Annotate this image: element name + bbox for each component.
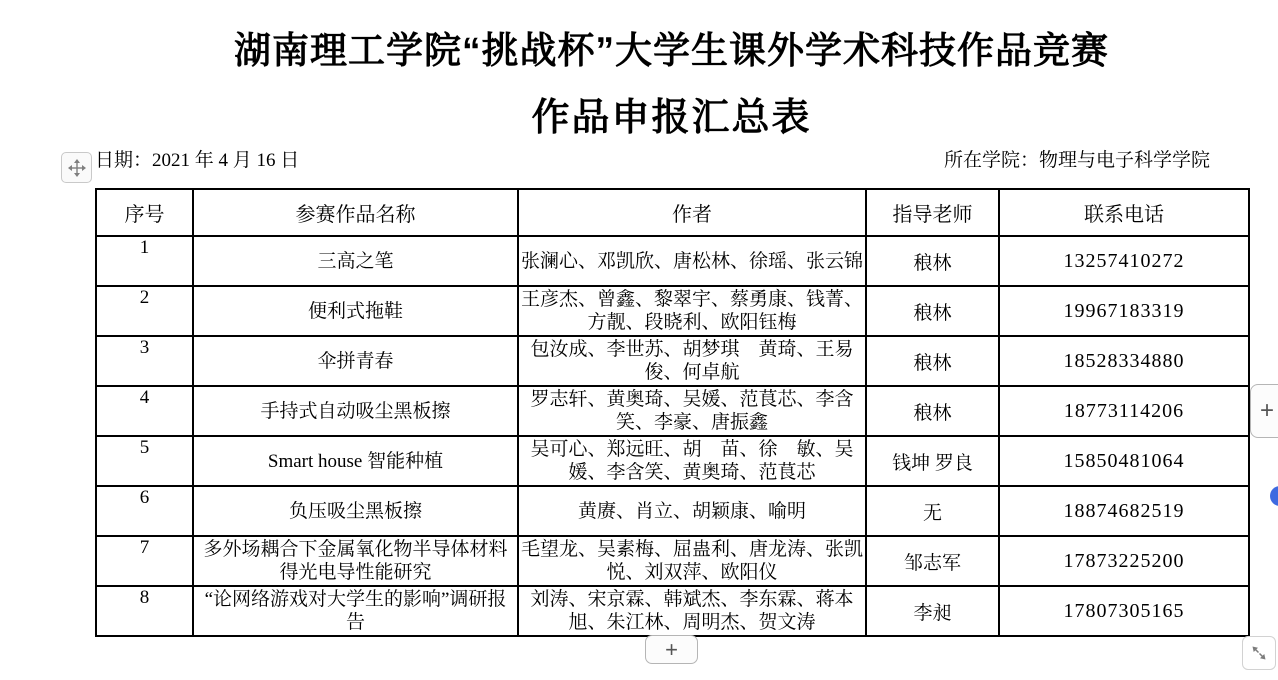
cell-work[interactable]: “论网络游戏对大学生的影响”调研报告 — [193, 586, 518, 636]
cell-work[interactable]: 便利式拖鞋 — [193, 286, 518, 336]
table-row: 4 手持式自动吸尘黑板擦 罗志轩、黄奥琦、吴媛、范茛芯、李含笑、李豪、唐振鑫 稂… — [96, 386, 1249, 436]
add-column-button[interactable]: + — [1250, 384, 1278, 438]
cell-advisor[interactable]: 稂林 — [866, 386, 999, 436]
table-header-row: 序号 参赛作品名称 作者 指导老师 联系电话 — [96, 189, 1249, 236]
document-page: 湖南理工学院“挑战杯”大学生课外学术科技作品竞赛 作品申报汇总表 日期：2021… — [0, 0, 1278, 680]
col-header-authors[interactable]: 作者 — [518, 189, 866, 236]
plus-icon: + — [665, 639, 678, 661]
cell-advisor[interactable]: 稂林 — [866, 286, 999, 336]
table-row: 6 负压吸尘黑板擦 黄赓、肖立、胡颖康、喻明 无 18874682519 — [96, 486, 1249, 536]
doc-title-line2: 作品申报汇总表 — [95, 86, 1248, 141]
cell-authors[interactable]: 黄赓、肖立、胡颖康、喻明 — [518, 486, 866, 536]
cell-authors[interactable]: 刘涛、宋京霖、韩斌杰、李东霖、蒋本旭、朱江林、周明杰、贺文涛 — [518, 586, 866, 636]
table-move-handle[interactable] — [61, 152, 92, 183]
cell-phone[interactable]: 17807305165 — [999, 586, 1249, 636]
cell-work[interactable]: 负压吸尘黑板擦 — [193, 486, 518, 536]
cell-phone[interactable]: 18528334880 — [999, 336, 1249, 386]
plus-icon: + — [1260, 399, 1274, 423]
col-header-no[interactable]: 序号 — [96, 189, 193, 236]
resize-icon — [1250, 644, 1268, 662]
table-resize-handle[interactable] — [1242, 636, 1276, 670]
add-row-button[interactable]: + — [645, 635, 698, 664]
cell-phone[interactable]: 19967183319 — [999, 286, 1249, 336]
cell-no[interactable]: 2 — [96, 286, 193, 336]
cell-advisor[interactable]: 稂林 — [866, 336, 999, 386]
cell-work[interactable]: 伞拼青春 — [193, 336, 518, 386]
college-label: 所在学院：物理与电子科学学院 — [944, 145, 1210, 172]
cell-no[interactable]: 6 — [96, 486, 193, 536]
cell-no[interactable]: 3 — [96, 336, 193, 386]
col-header-phone[interactable]: 联系电话 — [999, 189, 1249, 236]
cell-advisor[interactable]: 钱坤 罗良 — [866, 436, 999, 486]
cell-authors[interactable]: 毛望龙、吴素梅、屈蛊利、唐龙涛、张凯悦、刘双萍、欧阳仪 — [518, 536, 866, 586]
cell-authors[interactable]: 王彦杰、曾鑫、黎翠宇、蔡勇康、钱菁、方靓、段晓利、欧阳钰梅 — [518, 286, 866, 336]
cell-phone[interactable]: 18874682519 — [999, 486, 1249, 536]
doc-title-line1: 湖南理工学院“挑战杯”大学生课外学术科技作品竞赛 — [95, 20, 1248, 74]
cell-no[interactable]: 7 — [96, 536, 193, 586]
move-icon — [67, 158, 87, 178]
meta-row: 日期：2021 年 4 月 16 日 所在学院：物理与电子科学学院 — [95, 145, 1210, 172]
cell-phone[interactable]: 15850481064 — [999, 436, 1249, 486]
cell-phone[interactable]: 17873225200 — [999, 536, 1249, 586]
table-row: 2 便利式拖鞋 王彦杰、曾鑫、黎翠宇、蔡勇康、钱菁、方靓、段晓利、欧阳钰梅 稂林… — [96, 286, 1249, 336]
cell-work[interactable]: 手持式自动吸尘黑板擦 — [193, 386, 518, 436]
cell-advisor[interactable]: 无 — [866, 486, 999, 536]
scroll-indicator-dot — [1270, 486, 1278, 506]
cell-no[interactable]: 1 — [96, 236, 193, 286]
date-label: 日期：2021 年 4 月 16 日 — [95, 145, 299, 172]
cell-work[interactable]: 三高之笔 — [193, 236, 518, 286]
cell-work[interactable]: Smart house 智能种植 — [193, 436, 518, 486]
cell-no[interactable]: 4 — [96, 386, 193, 436]
table-row: 3 伞拼青春 包汝成、李世苏、胡梦琪 黄琦、王易俊、何卓航 稂林 1852833… — [96, 336, 1249, 386]
cell-authors[interactable]: 罗志轩、黄奥琦、吴媛、范茛芯、李含笑、李豪、唐振鑫 — [518, 386, 866, 436]
summary-table: 序号 参赛作品名称 作者 指导老师 联系电话 1 三高之笔 张澜心、邓凯欣、唐松… — [95, 188, 1250, 637]
table-row: 1 三高之笔 张澜心、邓凯欣、唐松林、徐瑶、张云锦 稂林 13257410272 — [96, 236, 1249, 286]
cell-phone[interactable]: 18773114206 — [999, 386, 1249, 436]
table-row: 8 “论网络游戏对大学生的影响”调研报告 刘涛、宋京霖、韩斌杰、李东霖、蒋本旭、… — [96, 586, 1249, 636]
cell-no[interactable]: 5 — [96, 436, 193, 486]
cell-authors[interactable]: 吴可心、郑远旺、胡 苗、徐 敏、吴 媛、李含笑、黄奥琦、范茛芯 — [518, 436, 866, 486]
cell-advisor[interactable]: 李昶 — [866, 586, 999, 636]
cell-no[interactable]: 8 — [96, 586, 193, 636]
cell-phone[interactable]: 13257410272 — [999, 236, 1249, 286]
cell-advisor[interactable]: 稂林 — [866, 236, 999, 286]
cell-authors[interactable]: 张澜心、邓凯欣、唐松林、徐瑶、张云锦 — [518, 236, 866, 286]
table-row: 5 Smart house 智能种植 吴可心、郑远旺、胡 苗、徐 敏、吴 媛、李… — [96, 436, 1249, 486]
cell-advisor[interactable]: 邹志军 — [866, 536, 999, 586]
col-header-work[interactable]: 参赛作品名称 — [193, 189, 518, 236]
cell-work[interactable]: 多外场耦合下金属氧化物半导体材料得光电导性能研究 — [193, 536, 518, 586]
cell-authors[interactable]: 包汝成、李世苏、胡梦琪 黄琦、王易俊、何卓航 — [518, 336, 866, 386]
col-header-advisor[interactable]: 指导老师 — [866, 189, 999, 236]
table-row: 7 多外场耦合下金属氧化物半导体材料得光电导性能研究 毛望龙、吴素梅、屈蛊利、唐… — [96, 536, 1249, 586]
